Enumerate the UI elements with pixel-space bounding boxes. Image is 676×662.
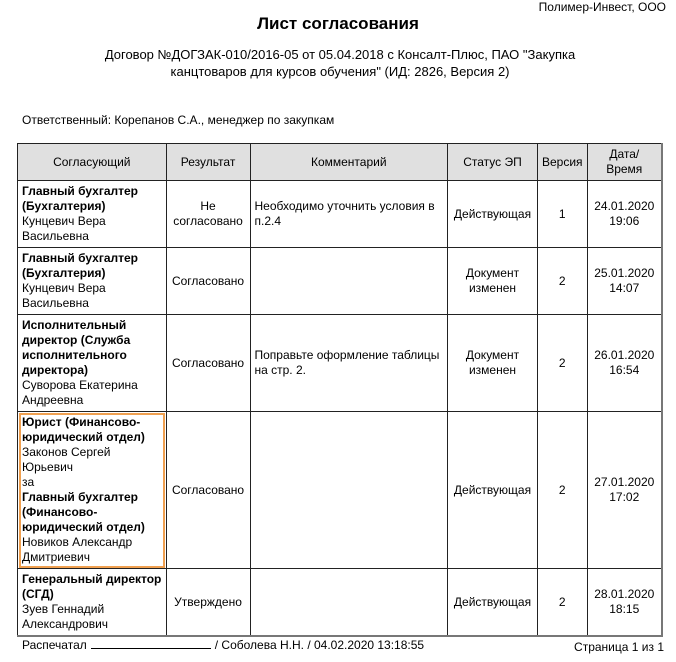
- approver-name: Зуев Геннадий Александрович: [22, 602, 162, 632]
- approver-cell: Исполнительный директор (Служба исполнит…: [18, 315, 167, 412]
- date: 27.01.2020: [592, 475, 657, 490]
- approver-name: Законов Сергей Юрьевич: [22, 445, 162, 475]
- table-row: Юрист (Финансово-юридический отдел) Зако…: [18, 412, 663, 569]
- subtitle-line-1: Договор №ДОГЗАК-010/2016-05 от 05.04.201…: [90, 46, 590, 63]
- result-cell: Утверждено: [166, 569, 250, 637]
- result-cell: Не согласовано: [166, 181, 250, 248]
- approver-role: Главный бухгалтер (Бухгалтерия): [22, 184, 162, 214]
- approver-cell: Главный бухгалтер (Бухгалтерия) Кунцевич…: [18, 181, 167, 248]
- date: 25.01.2020: [592, 266, 657, 281]
- datetime-cell: 24.01.202019:06: [587, 181, 662, 248]
- table-row: Исполнительный директор (Служба исполнит…: [18, 315, 663, 412]
- printed-by: / Соболева Н.Н. / 04.02.2020 13:18:55: [215, 638, 424, 652]
- printed-label: Распечатал: [22, 638, 87, 652]
- time: 18:15: [592, 602, 657, 617]
- delegator-name: Новиков Александр Дмитриевич: [22, 535, 162, 565]
- approval-table: Согласующий Результат Комментарий Статус…: [17, 143, 663, 637]
- approver-cell-selected[interactable]: Юрист (Финансово-юридический отдел) Зако…: [18, 412, 167, 569]
- print-info: Распечатал/ Соболева Н.Н. / 04.02.2020 1…: [22, 638, 424, 652]
- result-cell: Согласовано: [166, 248, 250, 315]
- signature-line: [91, 638, 211, 649]
- time: 19:06: [592, 214, 657, 229]
- signature-status-cell: Действующая: [448, 181, 538, 248]
- datetime-cell: 28.01.202018:15: [587, 569, 662, 637]
- comment-cell: [250, 412, 448, 569]
- comment-cell: Поправьте оформление таблицы на стр. 2.: [250, 315, 448, 412]
- column-header-approver: Согласующий: [18, 144, 167, 181]
- date: 24.01.2020: [592, 199, 657, 214]
- signature-status-cell: Документ изменен: [448, 248, 538, 315]
- version-cell: 2: [537, 315, 587, 412]
- result-cell: Согласовано: [166, 412, 250, 569]
- approver-name: Суворова Екатерина Андреевна: [22, 378, 162, 408]
- comment-cell: [250, 569, 448, 637]
- table-header-row: Согласующий Результат Комментарий Статус…: [18, 144, 663, 181]
- table-row: Генеральный директор (СГД) Зуев Геннадий…: [18, 569, 663, 637]
- approver-role: Юрист (Финансово-юридический отдел): [22, 415, 162, 445]
- responsible-person: Ответственный: Корепанов С.А., менеджер …: [22, 113, 334, 127]
- organization-name: Полимер-Инвест, ООО: [539, 0, 666, 14]
- approver-cell: Главный бухгалтер (Бухгалтерия) Кунцевич…: [18, 248, 167, 315]
- version-cell: 2: [537, 569, 587, 637]
- datetime-cell: 26.01.202016:54: [587, 315, 662, 412]
- version-cell: 1: [537, 181, 587, 248]
- approver-name: Кунцевич Вера Васильевна: [22, 214, 162, 244]
- approver-name: Кунцевич Вера Васильевна: [22, 281, 162, 311]
- signature-status-cell: Действующая: [448, 569, 538, 637]
- date: 28.01.2020: [592, 587, 657, 602]
- approver-role: Главный бухгалтер (Бухгалтерия): [22, 251, 162, 281]
- time: 14:07: [592, 281, 657, 296]
- column-header-version: Версия: [537, 144, 587, 181]
- version-cell: 2: [537, 248, 587, 315]
- column-header-result: Результат: [166, 144, 250, 181]
- approver-role: Генеральный директор (СГД): [22, 572, 162, 602]
- table-row: Главный бухгалтер (Бухгалтерия) Кунцевич…: [18, 181, 663, 248]
- approver-role: Исполнительный директор (Служба исполнит…: [22, 318, 162, 378]
- column-header-datetime: Дата/Время: [587, 144, 662, 181]
- approver-cell: Генеральный директор (СГД) Зуев Геннадий…: [18, 569, 167, 637]
- contract-subtitle: Договор №ДОГЗАК-010/2016-05 от 05.04.201…: [90, 46, 590, 80]
- time: 17:02: [592, 490, 657, 505]
- comment-cell: [250, 248, 448, 315]
- column-header-signature-status: Статус ЭП: [448, 144, 538, 181]
- page-title: Лист согласования: [0, 14, 676, 34]
- datetime-cell: 27.01.202017:02: [587, 412, 662, 569]
- page-number: Страница 1 из 1: [574, 640, 664, 654]
- signature-status-cell: Действующая: [448, 412, 538, 569]
- comment-cell: Необходимо уточнить условия в п.2.4: [250, 181, 448, 248]
- subtitle-line-2: канцтоваров для курсов обучения" (ИД: 28…: [90, 63, 590, 80]
- column-header-comment: Комментарий: [250, 144, 448, 181]
- signature-status-cell: Документ изменен: [448, 315, 538, 412]
- version-cell: 2: [537, 412, 587, 569]
- table-row: Главный бухгалтер (Бухгалтерия) Кунцевич…: [18, 248, 663, 315]
- datetime-cell: 25.01.202014:07: [587, 248, 662, 315]
- on-behalf-label: за: [22, 475, 162, 490]
- time: 16:54: [592, 363, 657, 378]
- delegator-role: Главный бухгалтер (Финансово-юридический…: [22, 490, 162, 535]
- result-cell: Согласовано: [166, 315, 250, 412]
- date: 26.01.2020: [592, 348, 657, 363]
